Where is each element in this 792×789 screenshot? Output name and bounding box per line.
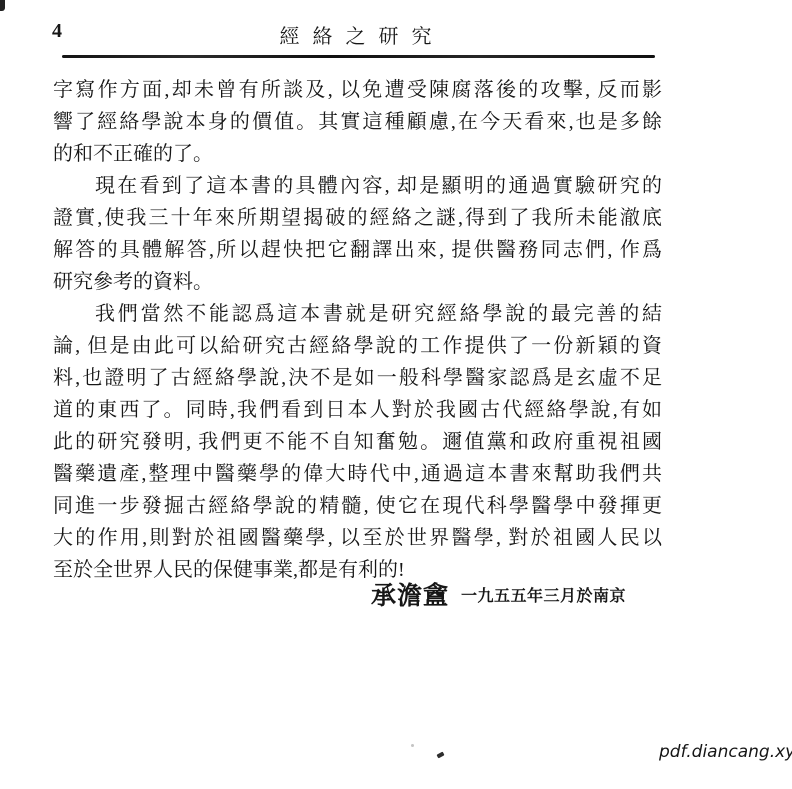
- text-line: 現在看到了這本書的具體內容, 却是顯明的通過實驗研究的: [53, 170, 662, 202]
- text-line: 研究參考的資料。: [53, 266, 662, 298]
- text-line: 響了經絡學說本身的價值。其實這種顧慮,在今天看來,也是多餘: [53, 106, 662, 138]
- header-divider-rule: [62, 55, 655, 58]
- text-line: 證實,使我三十年來所期望揭破的經絡之謎,得到了我所未能澈底: [53, 202, 662, 234]
- scan-speck-faint: [411, 744, 414, 747]
- text-line: 解答的具體解答,所以趕快把它翻譯出來, 提供醫務同志們, 作爲: [53, 234, 662, 266]
- text-line: 大的作用,則對於祖國醫藥學, 以至於世界醫學, 對於祖國人民以: [53, 522, 662, 554]
- watermark-text: pdf.diancang.xyz: [659, 742, 792, 762]
- signature-name: 承澹盦: [371, 576, 449, 612]
- text-line: 醫藥遺產,整理中醫藥學的偉大時代中,通過這本書來幫助我們共: [53, 458, 662, 490]
- text-line: 我們當然不能認爲這本書就是研究經絡學說的最完善的結: [53, 298, 662, 330]
- text-line: 道的東西了。同時,我們看到日本人對於我國古代經絡學說,有如: [53, 394, 662, 426]
- text-line: 字寫作方面,却未曾有所談及, 以免遭受陳腐落後的攻擊, 反而影: [53, 74, 662, 106]
- running-head-title: 經 絡 之 研 究: [53, 20, 662, 49]
- scan-corner-artifact: [0, 0, 5, 11]
- text-line: 此的研究發明, 我們更不能不自知奮勉。邇值黨和政府重視祖國: [53, 426, 662, 458]
- author-signature: 承澹盦 一九五五年三月於南京: [371, 576, 626, 612]
- signature-date: 一九五五年三月於南京: [461, 583, 626, 606]
- text-line: 同進一步發掘古經絡學說的精髓, 使它在現代科學醫學中發揮更: [53, 490, 662, 522]
- text-line: 的和不正確的了。: [53, 138, 662, 170]
- text-line: 料,也證明了古經絡學說,決不是如一般科學醫家認爲是玄虛不足: [53, 362, 662, 394]
- text-line: 論, 但是由此可以給研究古經絡學說的工作提供了一份新穎的資: [53, 330, 662, 362]
- scan-speck-dark: [436, 752, 444, 759]
- preface-body-text: 字寫作方面,却未曾有所談及, 以免遭受陳腐落後的攻擊, 反而影 響了經絡學說本身…: [53, 74, 662, 586]
